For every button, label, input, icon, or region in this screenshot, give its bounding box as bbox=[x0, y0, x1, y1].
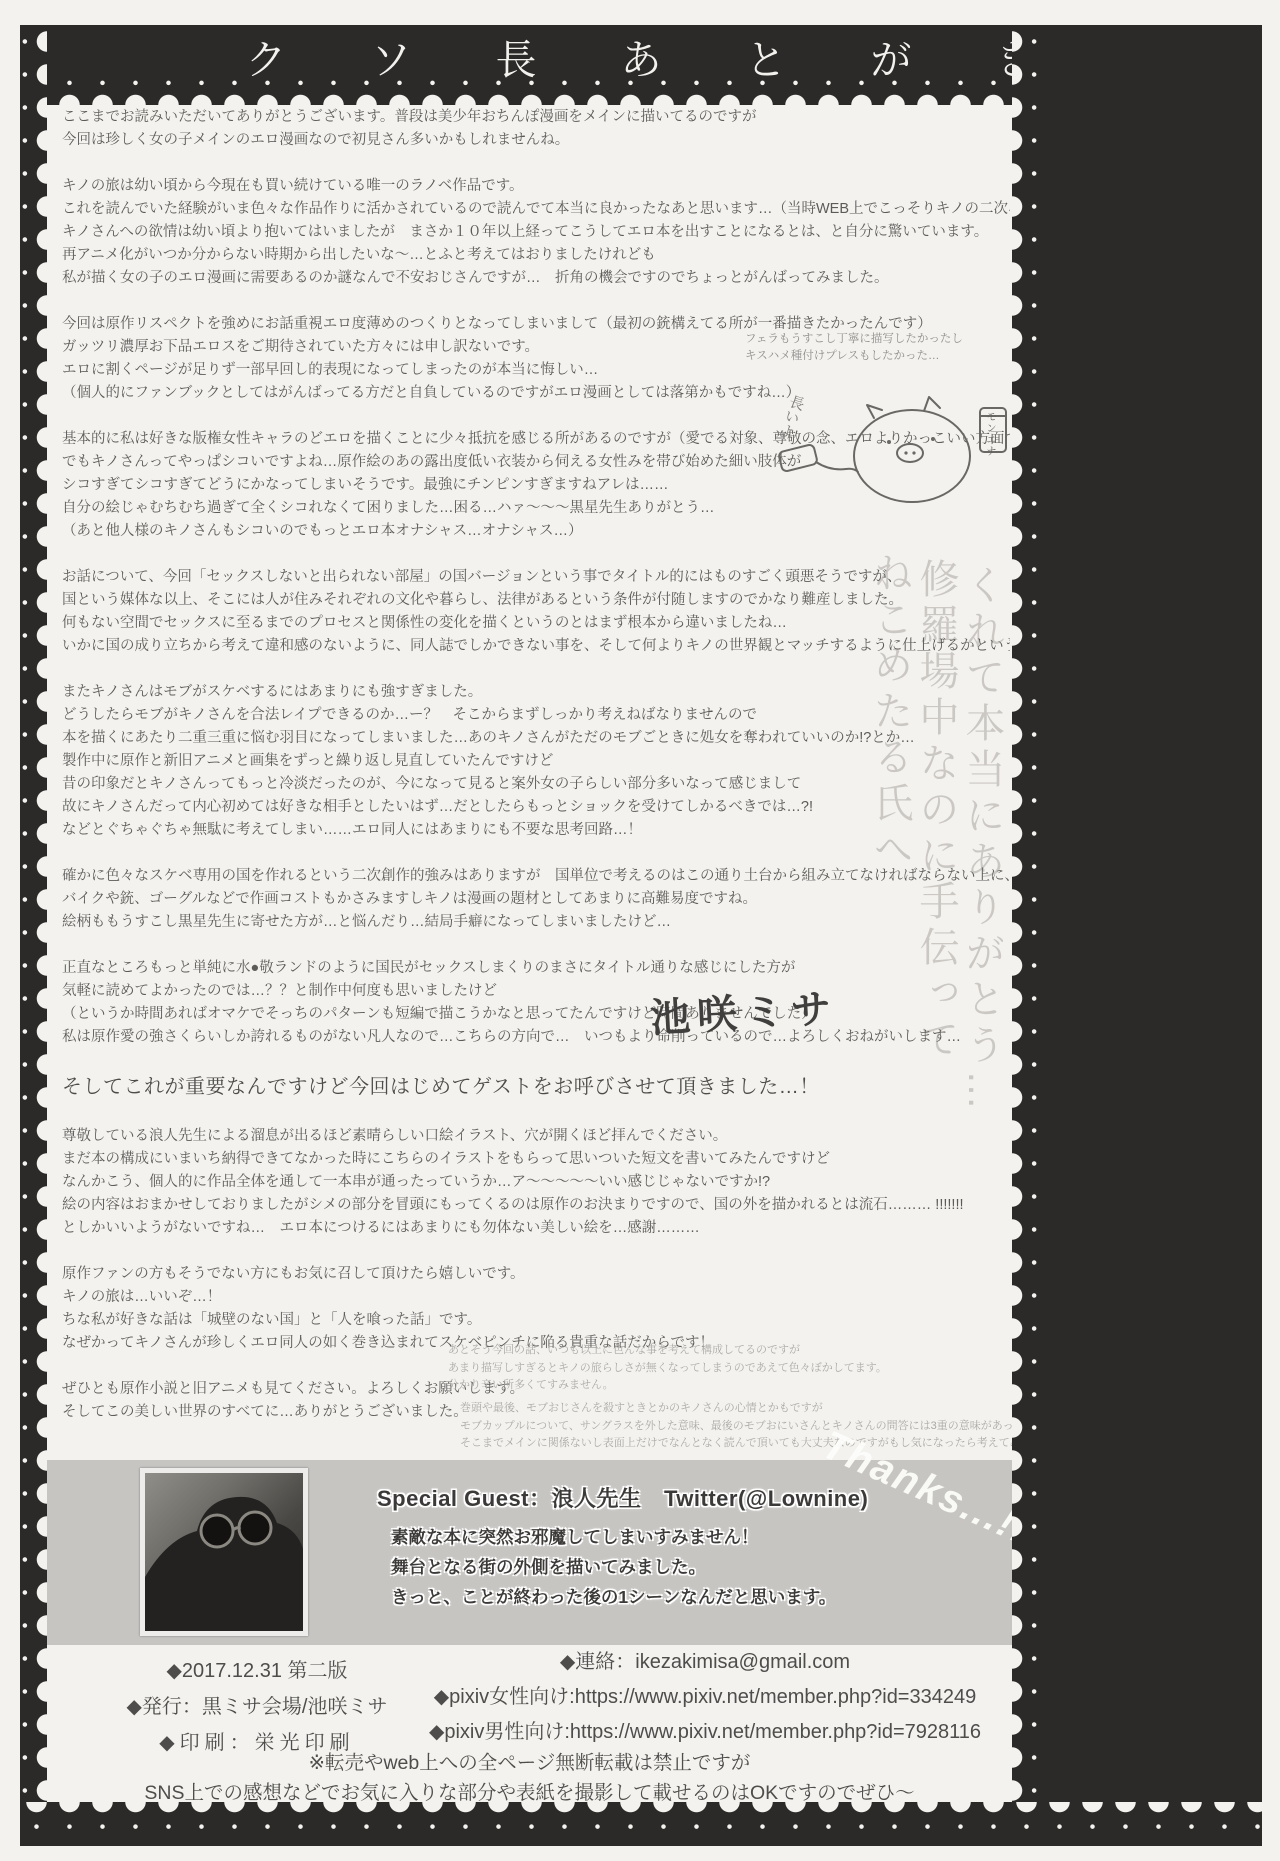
text-line: 正直なところもっと単純に水●敬ランドのように国民がセックスしまくりのまさにタイト… bbox=[62, 957, 1010, 980]
paragraph-7: 確かに色々なスケベ専用の国を作れるという二次創作的強みはありますが 国単位で考え… bbox=[62, 865, 1010, 934]
pixiv-url-male: ◆pixiv男性向け:https://www.pixiv.net/member.… bbox=[398, 1715, 1012, 1750]
text-line: キノさんへの欲情は幼い頃より抱いてはいましたが まさか１０年以上経ってこうしてエ… bbox=[62, 221, 1010, 244]
text-line: いかに国の成り立ちから考えて違和感のないように、同人誌でしかできない事を、そして… bbox=[62, 635, 1010, 658]
pixiv-url-female: ◆pixiv女性向け:https://www.pixiv.net/member.… bbox=[398, 1680, 1012, 1715]
text-line: 舞台となる街の外側を描いてみました。 bbox=[391, 1552, 836, 1582]
energy-can-label: モンエナ bbox=[984, 411, 999, 457]
text-line: 今回は珍しく女の子メインのエロ漫画なので初見さん多いかもしれませんね。 bbox=[62, 129, 1010, 152]
text-line: 国という媒体な以上、そこには人が住みそれぞれの文化や暮らし、法律があるという条件… bbox=[62, 589, 1010, 612]
text-line: あまり描写しすぎるとキノの旅らしさが無くなってしまうのであえて色々ぼかしてます。 bbox=[448, 1360, 1008, 1378]
faint-note-block-2: 巻頭や最後、モブおじさんを殺すときとかのキノさんの心情とかもですが モブカップル… bbox=[460, 1400, 1020, 1453]
text-line: 私は原作愛の強さくらいしか誇れるものがない凡人なので…こちらの方向で… いつもよ… bbox=[62, 1026, 1010, 1049]
text-line: キノの旅は幼い頃から今現在も買い続けている唯一のラノベ作品です。 bbox=[62, 175, 1010, 198]
text-line: 再アニメ化がいつか分からない時期から出したいな〜…とふと考えてはおりましたけれど… bbox=[62, 244, 1010, 267]
text-line: 故にキノさんだって内心初めては好きな相手としたいはず…だとしたらもっとショックを… bbox=[62, 796, 1010, 819]
text-line: モブカップルについて、サングラスを外した意味、最後のモブおにいさんとキノさんの問… bbox=[460, 1418, 1020, 1436]
margin-side-note: フェラもうすこし丁寧に描写したかったし キスハメ種付けプレスもしたかった… bbox=[745, 331, 963, 365]
publisher: ◆発行：黒ミサ会場/池咲ミサ bbox=[62, 1689, 452, 1725]
afterword-page: クソ長あとがき ねこめたる氏へ 修羅場中なのに手伝って くれて本当にありがとう…… bbox=[0, 0, 1280, 1861]
paragraph-6: またキノさんはモブがスケベするにはあまりにも強すぎました。 どうしたらモブがキノ… bbox=[62, 681, 1010, 842]
guest-illustration-photo bbox=[140, 1468, 308, 1636]
text-line: バイクや銃、ゴーグルなどで作画コストもかさみますしキノは漫画の題材としてあまりに… bbox=[62, 888, 1010, 911]
text-line: 本を描くにあたり二重三重に悩む羽目になってしまいました…あのキノさんがただのモブ… bbox=[62, 727, 1010, 750]
text-line: なんかこう、個人的に作品全体を通して一本串が通ったっていうか…ア〜〜〜〜〜いい感… bbox=[62, 1171, 1010, 1194]
lace-border-left bbox=[20, 25, 47, 1846]
kino-photo-silhouette bbox=[145, 1473, 303, 1631]
spill-squiggle bbox=[816, 462, 858, 472]
special-guest-band: Special Guest：浪人先生 Twitter(@Lownine) 素敵な… bbox=[47, 1460, 1012, 1645]
text-line: 製作中に原作と新旧アニメと画集をずっと繰り返し見直していたんですけど bbox=[62, 750, 1010, 773]
text-line: などとぐちゃぐちゃ無駄に考えてしまい……エロ同人にはあまりにも不要な思考回路…！ bbox=[62, 819, 1010, 842]
text-line: キスハメ種付けプレスもしたかった… bbox=[745, 348, 963, 365]
text-line: （というか時間あればオマケでそっちのパターンも短編で描こうかなと思ってたんですけ… bbox=[62, 1003, 1010, 1026]
text-line: 絵柄ももうすこし黒星先生に寄せた方が…と悩んだり…結局手癖になってしまいましたけ… bbox=[62, 911, 1010, 934]
text-line: 巻頭や最後、モブおじさんを殺すときとかのキノさんの心情とかもですが bbox=[460, 1400, 1020, 1418]
text-line: 絵の内容はおまかせしておりましたがシメの部分を冒頭にもってくるのは原作のお決まり… bbox=[62, 1194, 1010, 1217]
text-line: まだ本の構成にいまいち納得できてなかった時にこちらのイラストをもらって思いついた… bbox=[62, 1148, 1010, 1171]
paragraph-8: 正直なところもっと単純に水●敬ランドのように国民がセックスしまくりのまさにタイト… bbox=[62, 957, 1010, 1049]
text-line: 分かり辛い所多くてすみません。 bbox=[448, 1377, 1008, 1395]
reprint-notice: ※転売やweb上への全ページ無断転載は禁止ですが SNS上での感想などでお気に入… bbox=[47, 1748, 1012, 1808]
text-line: ここまでお読みいただいてありがとうございます。普段は美少年おちんぽ漫画をメインに… bbox=[62, 106, 1010, 129]
paragraph-2: キノの旅は幼い頃から今現在も買い続けている唯一のラノベ作品です。 これを読んでい… bbox=[62, 175, 1010, 290]
text-line: 私が描く女の子のエロ漫画に需要あるのか謎なんで不安おじさんですが… 折角の機会で… bbox=[62, 267, 1010, 290]
text-line: そしてこれが重要なんですけど今回はじめてゲストをお呼びさせて頂きました…！ bbox=[62, 1072, 1010, 1102]
text-line: 確かに色々なスケベ専用の国を作れるという二次創作的強みはありますが 国単位で考え… bbox=[62, 865, 1010, 888]
lace-border-bottom bbox=[20, 1802, 1262, 1832]
text-line: お話について、今回「セックスしないと出られない部屋」の国バージョンという事でタイ… bbox=[62, 566, 1010, 589]
border-bottom-band bbox=[20, 1830, 1262, 1846]
text-line: としかいいようがないですね… エロ本につけるにはあまりにも勿体ない美しい絵を…感… bbox=[62, 1217, 1010, 1240]
guest-comment: 素敵な本に突然お邪魔してしまいすみません！ 舞台となる街の外側を描いてみました。… bbox=[391, 1522, 836, 1612]
special-guest-title: Special Guest：浪人先生 Twitter(@Lownine) bbox=[377, 1482, 868, 1513]
paragraph-5: お話について、今回「セックスしないと出られない部屋」の国バージョンという事でタイ… bbox=[62, 566, 1010, 658]
text-line: ちな私が好きな話は「城壁のない国」と「人を喰った話」です。 bbox=[62, 1309, 1010, 1332]
text-line: 昔の印象だとキノさんってもっと冷淡だったのが、今になって見ると案外女の子らしい部… bbox=[62, 773, 1010, 796]
text-line: （あと他人様のキノさんもシコいのでもっとエロ本オナシャス…オナシャス…） bbox=[62, 520, 1010, 543]
text-line: きっと、ことが終わった後の1シーンなんだと思います。 bbox=[391, 1582, 836, 1612]
text-line: あとそう今回の話、いつも以上に色んな事を考えて構成してるのですが bbox=[448, 1342, 1008, 1360]
paragraph-10: 尊敬している浪人先生による溜息が出るほど素晴らしい口絵イラスト、穴が開くほど拝ん… bbox=[62, 1125, 1010, 1240]
text-line: ※転売やweb上への全ページ無断転載は禁止ですが bbox=[47, 1748, 1012, 1778]
paragraph-1: ここまでお読みいただいてありがとうございます。普段は美少年おちんぽ漫画をメインに… bbox=[62, 106, 1010, 152]
lace-border-right bbox=[1012, 25, 1262, 1846]
text-line: そこまでメインに関係ないし表面上だけでなんとなく読んで頂いても大丈夫なのですがも… bbox=[460, 1435, 1020, 1453]
text-line: またキノさんはモブがスケベするにはあまりにも強すぎました。 bbox=[62, 681, 1010, 704]
spilled-can bbox=[778, 444, 818, 472]
text-line: フェラもうすこし丁寧に描写したかったし bbox=[745, 331, 963, 348]
pig-doodle bbox=[770, 390, 1020, 520]
text-line: これを読んでいた経験がいま色々な作品作りに活かされているので読んでて本当に良かっ… bbox=[62, 198, 1010, 221]
pig-ear-left bbox=[867, 405, 882, 418]
edition-date: ◆2017.12.31 第二版 bbox=[62, 1653, 452, 1689]
text-line: 何もない空間でセックスに至るまでのプロセスと関係性の変化を描くというのとはまず根… bbox=[62, 612, 1010, 635]
text-line: 尊敬している浪人先生による溜息が出るほど素晴らしい口絵イラスト、穴が開くほど拝ん… bbox=[62, 1125, 1010, 1148]
guest-announcement-headline: そしてこれが重要なんですけど今回はじめてゲストをお呼びさせて頂きました…！ bbox=[62, 1072, 1010, 1102]
text-line: どうしたらモブがキノさんを合法レイプできるのか…ー？ そこからまずしっかり考えね… bbox=[62, 704, 1010, 727]
author-signature: 池咲ミサ bbox=[649, 977, 840, 1044]
contact-email: ◆連絡：ikezakimisa@gmail.com bbox=[398, 1645, 1012, 1680]
text-line: 原作ファンの方もそうでない方にもお気に召して頂けたら嬉しいです。 bbox=[62, 1263, 1010, 1286]
afterword-text: ここまでお読みいただいてありがとうございます。普段は美少年おちんぽ漫画をメインに… bbox=[62, 106, 1010, 1456]
text-line: キノの旅は…いいぞ…！ bbox=[62, 1286, 1010, 1309]
colophon-right-column: ◆連絡：ikezakimisa@gmail.com ◆pixiv女性向け:htt… bbox=[398, 1645, 1012, 1750]
faint-note-block-1: あとそう今回の話、いつも以上に色んな事を考えて構成してるのですが あまり描写しす… bbox=[448, 1342, 1008, 1395]
colophon-left-column: ◆2017.12.31 第二版 ◆発行：黒ミサ会場/池咲ミサ ◆印刷：栄光印刷 bbox=[62, 1653, 452, 1761]
text-line: 気軽に読めてよかったのでは…？？と制作中何度も思いましたけど bbox=[62, 980, 1010, 1003]
pig-ear-right bbox=[924, 397, 940, 411]
text-line: 素敵な本に突然お邪魔してしまいすみません！ bbox=[391, 1522, 836, 1552]
